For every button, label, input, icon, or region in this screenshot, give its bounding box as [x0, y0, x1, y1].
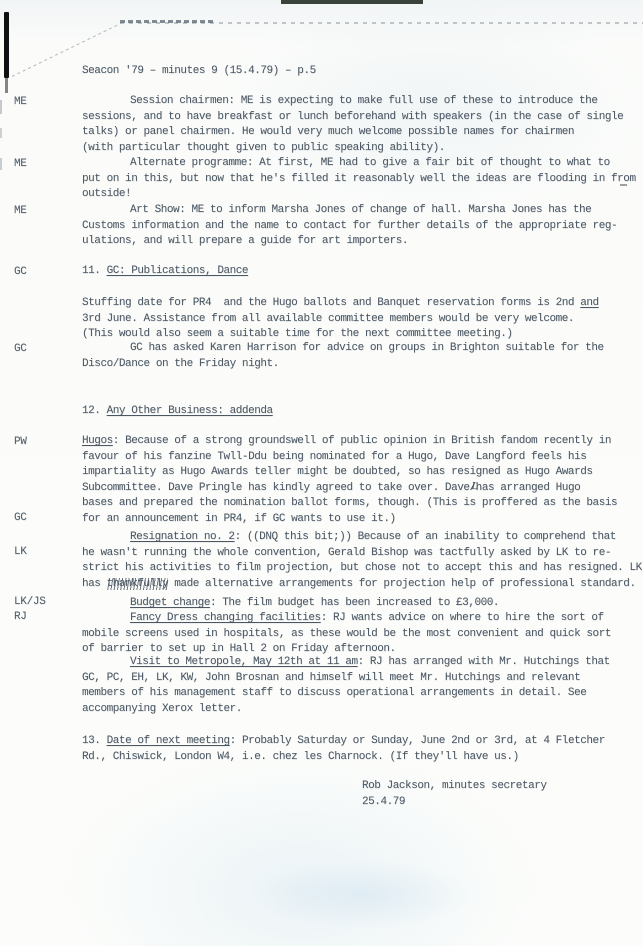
text-line: strict his activities to film projection… [82, 561, 643, 577]
paragraph-budget-change: Budget change: The film budget has been … [82, 596, 643, 612]
scan-artifact-left-mark [4, 12, 9, 78]
text-line: Budget change: The film budget has been … [82, 596, 643, 612]
text-line: mobile screens used in hospitals, as the… [82, 627, 643, 643]
underlined-text: Any Other Business: addenda [107, 405, 273, 417]
underlined-text: Hugos [82, 435, 113, 447]
scan-artifact-left-mark-tail [5, 78, 8, 93]
text-line: Disco/Dance on the Friday night. [82, 357, 643, 373]
text-line: 12. Any Other Business: addenda [82, 404, 643, 420]
text-line: has thankfully made alternative arrangem… [82, 577, 643, 593]
underlined-text: Fancy Dress changing facilities [130, 612, 321, 624]
underlined-text: GC: Publications, Dance [107, 265, 248, 277]
margin-initials: ME [14, 205, 27, 217]
margin-initials: PW [14, 436, 27, 448]
text-segment: has arranged Hugo [476, 482, 581, 494]
margin-initials: LK [14, 546, 27, 558]
text-segment: put on in this, but now that he's filled… [82, 173, 636, 185]
scan-artifact-edge-smudge [0, 100, 2, 114]
underlined-text: and [580, 297, 598, 309]
text-segment: (This would also seem a suitable time fo… [82, 328, 513, 340]
text-segment: of barrier to set up in Hall 2 on Friday… [82, 643, 396, 655]
paragraph-disco-dance: GC has asked Karen Harrison for advice o… [82, 341, 643, 372]
paragraph-resignation: Resignation no. 2: ((DNQ this bit;)) Bec… [82, 530, 643, 592]
text-segment: : RJ has arranged with Mr. Hutchings tha… [358, 656, 610, 668]
text-segment: favour of his fanzine Twll-Ddu being nom… [82, 451, 586, 463]
paragraph-session-chairmen: Session chairmen: ME is expecting to mak… [82, 94, 643, 156]
paragraph-fancy-dress: Fancy Dress changing facilities: RJ want… [82, 611, 643, 658]
page-title: Seacon '79 – minutes 9 (15.4.79) – p.5 [82, 64, 643, 80]
underlined-text: Resignation no. 2 [130, 531, 235, 543]
scan-artifact-edge-smudge [0, 158, 2, 170]
text-line: members of his management staff to discu… [82, 686, 643, 702]
text-segment: GC, PC, EH, LK, KW, John Brosnan and him… [82, 672, 580, 684]
text-line: bases and prepared the nomination ballot… [82, 496, 643, 512]
text-line: Fancy Dress changing facilities: RJ want… [82, 611, 643, 627]
text-segment: Art Show: ME to inform Marsha Jones of c… [130, 204, 591, 216]
heading-12-any-other-business: 12. Any Other Business: addenda [82, 404, 643, 420]
margin-initials: GC [14, 343, 27, 355]
struck-text: thankfully [107, 578, 169, 590]
text-segment: mobile screens used in hospitals, as the… [82, 628, 611, 640]
margin-initials: LK/JS [14, 596, 46, 608]
signature-block: Rob Jackson, minutes secretary 25.4.79 [362, 779, 547, 810]
margin-initials: GC [14, 512, 27, 524]
margin-initials: ME [14, 96, 27, 108]
heading-11-publications-dance: 11. GC: Publications, Dance [82, 264, 643, 280]
text-line: Resignation no. 2: ((DNQ this bit;)) Bec… [82, 530, 643, 546]
text-segment: Alternate programme: At first, ME had to… [130, 157, 610, 169]
text-segment: (with particular thought given to public… [82, 142, 445, 154]
text-segment: : Because of a strong groundswell of pub… [113, 435, 611, 447]
text-segment: talks) or panel chairmen. He would very … [82, 126, 574, 138]
text-segment: 11. [82, 265, 107, 277]
text-line: 3rd June. Assistance from all available … [82, 312, 643, 328]
paragraph-art-show: Art Show: ME to inform Marsha Jones of c… [82, 203, 643, 250]
text-line: accompanying Xerox letter. [82, 702, 643, 718]
scan-artifact-top-crease-dark [120, 20, 216, 23]
text-segment: Session chairmen: ME is expecting to mak… [130, 95, 597, 107]
text-line: favour of his fanzine Twll-Ddu being nom… [82, 450, 643, 466]
text-line: (with particular thought given to public… [82, 141, 643, 157]
text-line: put on in this, but now that he's filled… [82, 172, 643, 188]
text-line: Subcommittee. Dave Pringle has kindly ag… [82, 481, 643, 497]
text-segment: has [82, 578, 107, 590]
signature-date: 25.4.79 [362, 795, 547, 811]
text-line: impartiality as Hugo Awards teller might… [82, 465, 643, 481]
text-line: Alternate programme: At first, ME had to… [82, 156, 643, 172]
text-segment: members of his management staff to discu… [82, 687, 586, 699]
paragraph-next-meeting: 13. Date of next meeting: Probably Satur… [82, 734, 643, 765]
text-segment: accompanying Xerox letter. [82, 703, 242, 715]
text-segment: : RJ wants advice on where to hire the s… [321, 612, 604, 624]
text-segment: Customs information and the name to cont… [82, 220, 617, 232]
text-line: Rd., Chiswick, London W4, i.e. chez les … [82, 750, 643, 766]
text-segment: strict his activities to film projection… [82, 562, 642, 574]
underlined-text: Visit to Metropole, May 12th at 11 am [130, 656, 358, 668]
text-segment: : The film budget has been increased to … [210, 597, 499, 609]
text-line: GC, PC, EH, LK, KW, John Brosnan and him… [82, 671, 643, 687]
text-segment: GC has asked Karen Harrison for advice o… [130, 342, 604, 354]
underlined-text: Date of next meeting [107, 735, 230, 747]
signature-name: Rob Jackson, minutes secretary [362, 779, 547, 795]
paragraph-visit-metropole: Visit to Metropole, May 12th at 11 am: R… [82, 655, 643, 717]
text-line: Customs information and the name to cont… [82, 219, 643, 235]
paragraph-hugos: Hugos: Because of a strong groundswell o… [82, 434, 643, 527]
text-segment: made alternative arrangements for projec… [168, 578, 635, 590]
text-line: Hugos: Because of a strong groundswell o… [82, 434, 643, 450]
text-segment: 3rd June. Assistance from all available … [82, 313, 574, 325]
text-segment: sessions, and to have breakfast or lunch… [82, 111, 623, 123]
margin-initials: ME [14, 158, 27, 170]
paragraph-alternate-programme: Alternate programme: At first, ME had to… [82, 156, 643, 203]
text-line: 13. Date of next meeting: Probably Satur… [82, 734, 643, 750]
text-segment: Subcommittee. Dave Pringle has kindly ag… [82, 482, 476, 494]
text-line: he wasn't running the whole convention, … [82, 546, 643, 562]
underlined-text: Budget change [130, 597, 210, 609]
text-line: talks) or panel chairmen. He would very … [82, 125, 643, 141]
scanned-page: ME ME ME GC GC PW GC LK LK/JS RJ Seacon … [0, 0, 643, 946]
text-segment: for an announcement in PR4, if GC wants … [82, 513, 396, 525]
margin-initials: RJ [14, 611, 27, 623]
text-segment: Rd., Chiswick, London W4, i.e. chez les … [82, 751, 519, 763]
text-line: Art Show: ME to inform Marsha Jones of c… [82, 203, 643, 219]
text-segment: Disco/Dance on the Friday night. [82, 358, 279, 370]
text-segment: : ((DNQ this bit;)) Because of an inabil… [235, 531, 616, 543]
text-line: sessions, and to have breakfast or lunch… [82, 110, 643, 126]
paragraph-stuffing-date: Stuffing date for PR4 and the Hugo ballo… [82, 296, 643, 343]
text-segment: he wasn't running the whole convention, … [82, 547, 611, 559]
text-line: Stuffing date for PR4 and the Hugo ballo… [82, 296, 643, 312]
text-line: 11. GC: Publications, Dance [82, 264, 643, 280]
scan-artifact-top-bar [281, 0, 423, 4]
scan-artifact-edge-smudge [0, 128, 2, 138]
text-line: Session chairmen: ME is expecting to mak… [82, 94, 643, 110]
text-segment: 12. [82, 405, 107, 417]
text-segment: outside! [82, 188, 131, 200]
margin-initials: GC [14, 266, 27, 278]
text-segment: Stuffing date for PR4 and the Hugo ballo… [82, 297, 580, 309]
text-line: ulations, and will prepare a guide for a… [82, 234, 643, 250]
text-segment: ulations, and will prepare a guide for a… [82, 235, 408, 247]
text-line: GC has asked Karen Harrison for advice o… [82, 341, 643, 357]
text-line: outside! [82, 187, 643, 203]
text-segment: : Probably Saturday or Sunday, June 2nd … [230, 735, 605, 747]
text-segment: 13. [82, 735, 107, 747]
text-line: for an announcement in PR4, if GC wants … [82, 512, 643, 528]
scan-artifact-bottom-smudge [255, 860, 475, 930]
text-segment: impartiality as Hugo Awards teller might… [82, 466, 593, 478]
text-segment: bases and prepared the nomination ballot… [82, 497, 617, 509]
text-line: Visit to Metropole, May 12th at 11 am: R… [82, 655, 643, 671]
